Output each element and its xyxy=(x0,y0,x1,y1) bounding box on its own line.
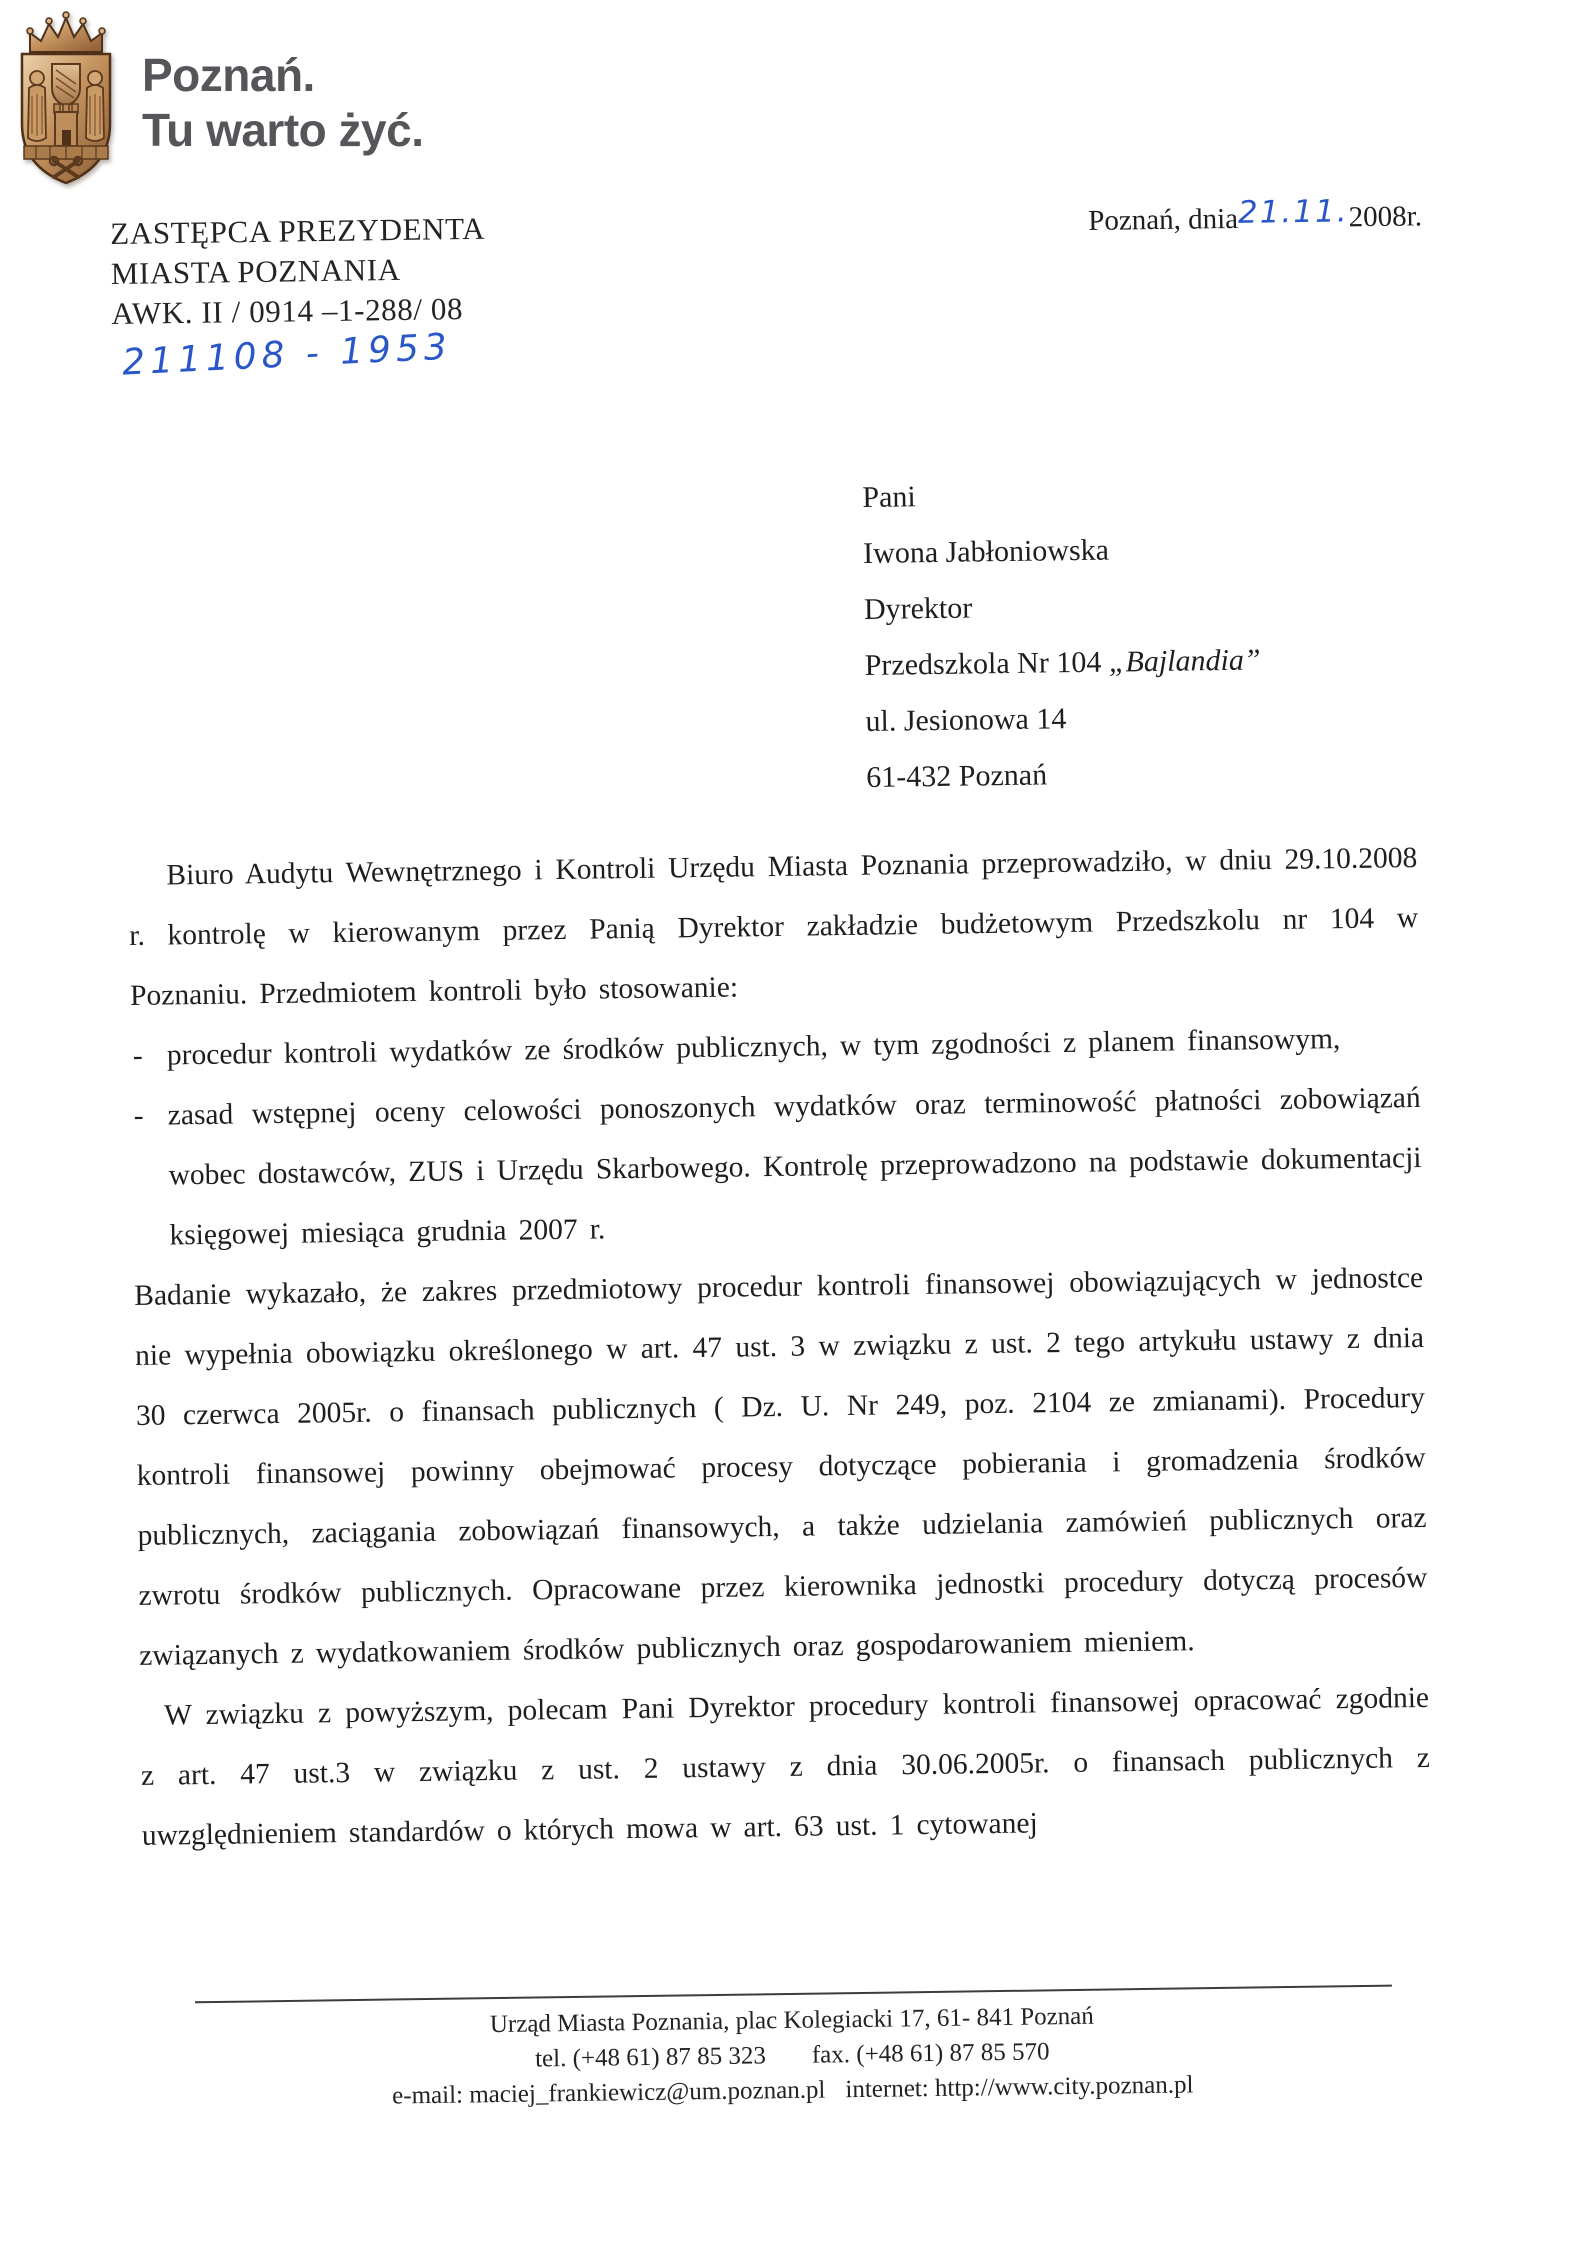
scanned-letter-page: Poznań. Tu warto żyć. ZASTĘPCA PREZYDENT… xyxy=(0,0,1583,2265)
paragraph-intro: Biuro Audytu Wewnętrznego i Kontroli Urz… xyxy=(128,828,1419,1026)
recipient-name: Iwona Jabłoniowska xyxy=(863,520,1260,582)
sender-title-line1: ZASTĘPCA PREZYDENTA xyxy=(110,209,485,254)
recipient-block: Pani Iwona Jabłoniowska Dyrektor Przedsz… xyxy=(862,464,1262,805)
handwritten-case-number: 211108 - 1953 xyxy=(121,328,452,384)
recipient-institution: Przedszkola Nr 104 „Bajlandia” xyxy=(864,632,1261,694)
footer-fax: fax. (+48 61) 87 85 570 xyxy=(812,2038,1050,2068)
poznan-coat-of-arms xyxy=(10,6,122,191)
brand-line-1: Poznań. xyxy=(142,48,423,103)
sender-title-line2: MIASTA POZNANIA xyxy=(111,249,486,294)
recipient-city: 61-432 Poznań xyxy=(866,744,1263,806)
bullet-item-2: -zasad wstępnej oceny celowości ponoszon… xyxy=(131,1068,1422,1266)
recipient-title: Dyrektor xyxy=(864,576,1261,638)
recipient-street: ul. Jesionowa 14 xyxy=(865,688,1262,750)
recipient-salutation: Pani xyxy=(862,464,1259,526)
footer-email: e-mail: maciej_frankiewicz@um.poznan.pl xyxy=(392,2076,826,2109)
handwritten-date: 21.11. xyxy=(1238,193,1349,231)
bullet-marker: - xyxy=(133,1026,144,1086)
date-suffix: 2008r. xyxy=(1348,200,1422,233)
paragraph-recommendation: W związku z powyższym, polecam Pani Dyre… xyxy=(140,1668,1431,1866)
footer-tel: tel. (+48 61) 87 85 323 xyxy=(535,2042,766,2072)
bullet-marker: - xyxy=(133,1086,144,1146)
school-name: „Bajlandia” xyxy=(1109,643,1261,678)
date-prefix: Poznań, dnia xyxy=(1088,203,1238,237)
letter-body: Biuro Audytu Wewnętrznego i Kontroli Urz… xyxy=(128,828,1431,1866)
sender-block: ZASTĘPCA PREZYDENTA MIASTA POZNANIA AWK.… xyxy=(110,209,487,379)
brand-wordmark: Poznań. Tu warto żyć. xyxy=(142,48,423,158)
letter-footer: Urząd Miasta Poznania, plac Kolegiacki 1… xyxy=(0,1980,1583,2119)
paragraph-findings: Badanie wykazało, że zakres przedmiotowy… xyxy=(134,1248,1429,1686)
date-line: Poznań, dnia21.11.2008r. xyxy=(1088,197,1422,238)
footer-web: internet: http://www.city.poznan.pl xyxy=(845,2071,1193,2103)
brand-line-2: Tu warto żyć. xyxy=(142,103,423,158)
